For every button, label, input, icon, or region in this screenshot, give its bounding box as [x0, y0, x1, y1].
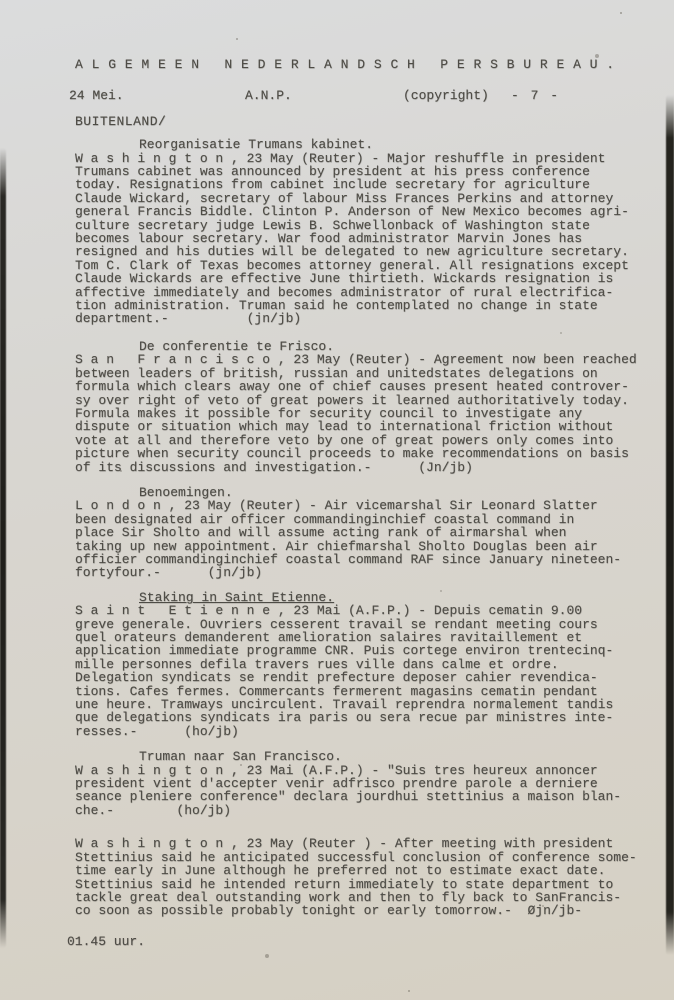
article-body: S a i n t E t i e n n e , 23 Mai (A.F.P.…: [75, 604, 655, 738]
article-heading: Benoemingen.: [75, 486, 655, 499]
article-appointments: Benoemingen. L o n d o n , 23 May (Reute…: [75, 486, 655, 580]
article-heading: De conferentie te Frisco.: [75, 340, 655, 353]
article-saint-etienne-strike: Staking in Saint Etienne. S a i n t E t …: [75, 591, 655, 738]
copyright-notice: (copyright): [403, 89, 489, 102]
article-body: W a s h i n g t o n , 23 May (Reuter) - …: [75, 152, 655, 326]
article-stettinius-meeting: W a s h i n g t o n , 23 May (Reuter ) -…: [75, 837, 655, 917]
scan-edge-left: [0, 148, 6, 948]
agency-title: A L G E M E E N N E D E R L A N D S C H …: [75, 58, 655, 71]
paper-specks: [0, 0, 2, 2]
issue-date: 24 Mei.: [69, 89, 124, 102]
article-truman-to-sanfrancisco: Truman naar San Francisco. W a s h i n g…: [75, 750, 655, 817]
section-heading-buitenland: BUITENLAND/: [75, 115, 655, 128]
article-body: W a s h i n g t o n , 23 May (Reuter ) -…: [75, 837, 655, 917]
article-body: S a n F r a n c i s c o , 23 May (Reuter…: [75, 353, 655, 474]
article-heading: Staking in Saint Etienne.: [75, 591, 655, 604]
article-heading: Truman naar San Francisco.: [75, 750, 655, 763]
article-body: L o n d o n , 23 May (Reuter) - Air vice…: [75, 499, 655, 579]
article-heading: Reorganisatie Trumans kabinet.: [75, 138, 655, 151]
masthead-row: 24 Mei. A.N.P. (copyright) - 7 -: [75, 89, 655, 102]
article-truman-cabinet: Reorganisatie Trumans kabinet. W a s h i…: [75, 138, 655, 326]
scan-edge-right: [666, 95, 674, 955]
page-number: - 7 -: [511, 89, 560, 102]
article-body: W a s h i n g t o n , 23 Mai (A.F.P.) - …: [75, 764, 655, 818]
footer-time: 01.45 uur.: [67, 935, 655, 948]
agency-abbreviation: A.N.P.: [245, 89, 292, 102]
typewritten-page: A L G E M E E N N E D E R L A N D S C H …: [75, 58, 655, 948]
article-frisco-conference: De conferentie te Frisco. S a n F r a n …: [75, 340, 655, 474]
